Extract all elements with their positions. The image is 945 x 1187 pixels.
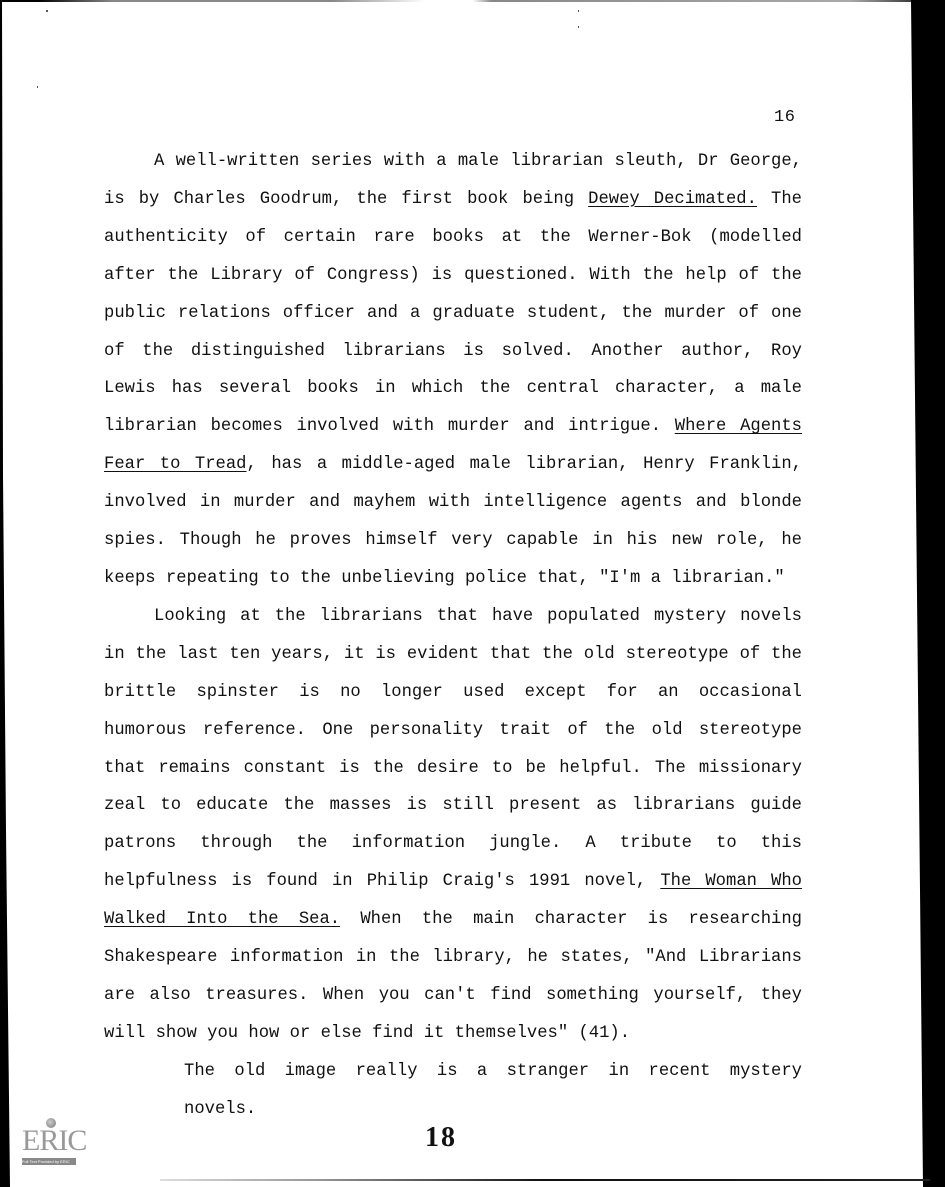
paragraph: The old image really is a stranger in re… (104, 1053, 802, 1129)
text-run: When the main character is researching (340, 910, 802, 929)
text-run: that remains constant is the desire to b… (104, 759, 802, 778)
scan-speck (46, 10, 48, 12)
scan-edge-bottom (160, 1179, 930, 1181)
text-line: will show you how or else find it themse… (104, 1015, 802, 1053)
text-line: after the Library of Congress) is questi… (104, 257, 802, 295)
text-run: The (757, 190, 802, 209)
text-line: librarian becomes involved with murder a… (104, 408, 802, 446)
text-line: involved in murder and mayhem with intel… (104, 484, 802, 522)
text-run: patrons through the information jungle. … (104, 834, 802, 853)
text-line: humorous reference. One personality trai… (104, 712, 802, 750)
scan-edge-right (909, 0, 945, 1187)
text-run: helpfulness is found in Philip Craig's 1… (104, 872, 660, 891)
text-run: involved in murder and mayhem with intel… (104, 493, 802, 512)
text-run: zeal to educate the masses is still pres… (104, 796, 802, 815)
book-title: The Woman Who (660, 872, 802, 891)
text-line: is by Charles Goodrum, the first book be… (104, 181, 802, 219)
paragraph: Looking at the librarians that have popu… (104, 598, 802, 1053)
text-run: public relations officer and a graduate … (104, 304, 802, 323)
scan-speck (578, 10, 579, 12)
text-run: spies. Though he proves himself very cap… (104, 531, 802, 550)
text-run: librarian becomes involved with murder a… (104, 417, 675, 436)
book-title: Walked Into the Sea. (104, 910, 340, 929)
text-run: The old image really is a stranger in re… (184, 1062, 802, 1119)
text-run: authenticity of certain rare books at th… (104, 228, 802, 247)
text-line: of the distinguished librarians is solve… (104, 333, 802, 371)
text-line: Fear to Tread, has a middle-aged male li… (104, 446, 802, 484)
text-run: A well-written series with a male librar… (154, 152, 802, 171)
text-line: Shakespeare information in the library, … (104, 939, 802, 977)
scan-speck (37, 86, 38, 88)
text-run: Looking at the librarians that have popu… (154, 607, 802, 626)
scan-edge-top (0, 0, 945, 2)
paragraph: A well-written series with a male librar… (104, 143, 802, 598)
text-line: that remains constant is the desire to b… (104, 750, 802, 788)
text-run: keeps repeating to the unbelieving polic… (104, 569, 785, 588)
text-run: Shakespeare information in the library, … (104, 948, 802, 967)
book-title: Dewey Decimated. (588, 190, 757, 209)
footer-page-number: 18 (425, 1122, 457, 1154)
text-run: will show you how or else find it themse… (104, 1024, 630, 1043)
book-title: Where Agents (675, 417, 802, 436)
text-run: , has a middle-aged male librarian, Henr… (247, 455, 802, 474)
text-line: The old image really is a stranger in re… (104, 1053, 802, 1129)
text-line: spies. Though he proves himself very cap… (104, 522, 802, 560)
text-line: Walked Into the Sea. When the main chara… (104, 901, 802, 939)
text-run: in the last ten years, it is evident tha… (104, 645, 802, 664)
eric-wordmark: ERIC (22, 1126, 86, 1156)
text-line: brittle spinster is no longer used excep… (104, 674, 802, 712)
text-line: helpfulness is found in Philip Craig's 1… (104, 863, 802, 901)
text-line: keeps repeating to the unbelieving polic… (104, 560, 802, 598)
text-line: authenticity of certain rare books at th… (104, 219, 802, 257)
text-line: are also treasures. When you can't find … (104, 977, 802, 1015)
text-run: are also treasures. When you can't find … (104, 986, 802, 1005)
scanned-page: 16 A well-written series with a male lib… (0, 0, 945, 1187)
text-line: public relations officer and a graduate … (104, 295, 802, 333)
eric-tagline: Full Text Provided by ERIC (22, 1158, 76, 1165)
header-page-number: 16 (774, 108, 795, 127)
text-run: brittle spinster is no longer used excep… (104, 683, 802, 702)
text-line: in the last ten years, it is evident tha… (104, 636, 802, 674)
eric-logo: ERIC Full Text Provided by ERIC (20, 1118, 78, 1170)
text-line: zeal to educate the masses is still pres… (104, 787, 802, 825)
text-run: is by Charles Goodrum, the first book be… (104, 190, 588, 209)
text-line: A well-written series with a male librar… (104, 143, 802, 181)
text-run: Lewis has several books in which the cen… (104, 379, 802, 398)
scan-speck (578, 26, 579, 28)
book-title: Fear to Tread (104, 455, 247, 474)
text-run: of the distinguished librarians is solve… (104, 342, 802, 361)
text-line: Lewis has several books in which the cen… (104, 370, 802, 408)
text-run: after the Library of Congress) is questi… (104, 266, 802, 285)
scan-edge-left (0, 0, 12, 1187)
text-line: Looking at the librarians that have popu… (104, 598, 802, 636)
body-text: A well-written series with a male librar… (104, 143, 802, 1129)
text-run: humorous reference. One personality trai… (104, 721, 802, 740)
text-line: patrons through the information jungle. … (104, 825, 802, 863)
